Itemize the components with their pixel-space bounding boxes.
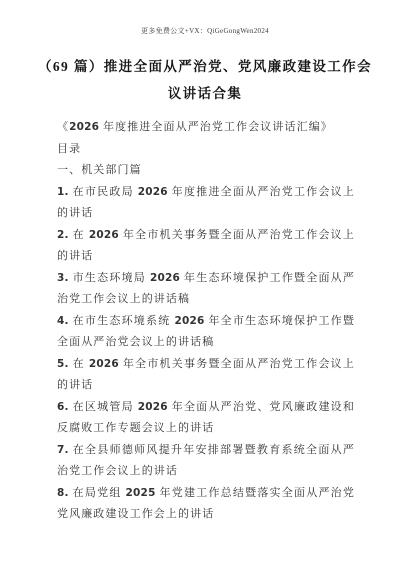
toc-entry: 3. 市生态环境局 2026 年生态环境保护工作暨全面从严治党工作会议上的讲话稿 — [57, 268, 355, 311]
watermark-text: 更多免费公文+VX：QiGeGongWen2024 — [0, 26, 410, 36]
toc-entry: 7. 在全县师德师风提升年安排部署暨教育系统全面从严治党工作会议上的讲话 — [57, 440, 355, 483]
toc-label: 目录 — [57, 139, 355, 161]
toc-entry: 5. 在 2026 年全市机关事务暨全面从严治党工作会议上的讲话 — [57, 354, 355, 397]
document-title: （69 篇）推进全面从严治党、党风廉政建设工作会议讲话合集 — [38, 53, 372, 107]
toc-entry: 8. 在局党组 2025 年党建工作总结暨落实全面从严治党党风廉政建设工作会上的… — [57, 483, 355, 526]
toc-entry: 4. 在市生态环境系统 2026 年全市生态环境保护工作暨全面从严治党会议上的讲… — [57, 311, 355, 354]
toc-entry: 1. 在市民政局 2026 年度推进全面从严治党工作会议上的讲话 — [57, 182, 355, 225]
document-body: 《2026 年度推进全面从严治党工作会议讲话汇编》 目录 一、机关部门篇 1. … — [57, 117, 355, 526]
section-heading: 一、机关部门篇 — [57, 160, 355, 182]
toc-entry: 6. 在区城管局 2026 年全面从严治党、党风廉政建设和反腐败工作专题会议上的… — [57, 397, 355, 440]
toc-entry: 2. 在 2026 年全市机关事务暨全面从严治党工作会议上的讲话 — [57, 225, 355, 268]
compilation-title: 《2026 年度推进全面从严治党工作会议讲话汇编》 — [57, 117, 355, 139]
document-page: 更多免费公文+VX：QiGeGongWen2024 （69 篇）推进全面从严治党… — [0, 0, 410, 580]
